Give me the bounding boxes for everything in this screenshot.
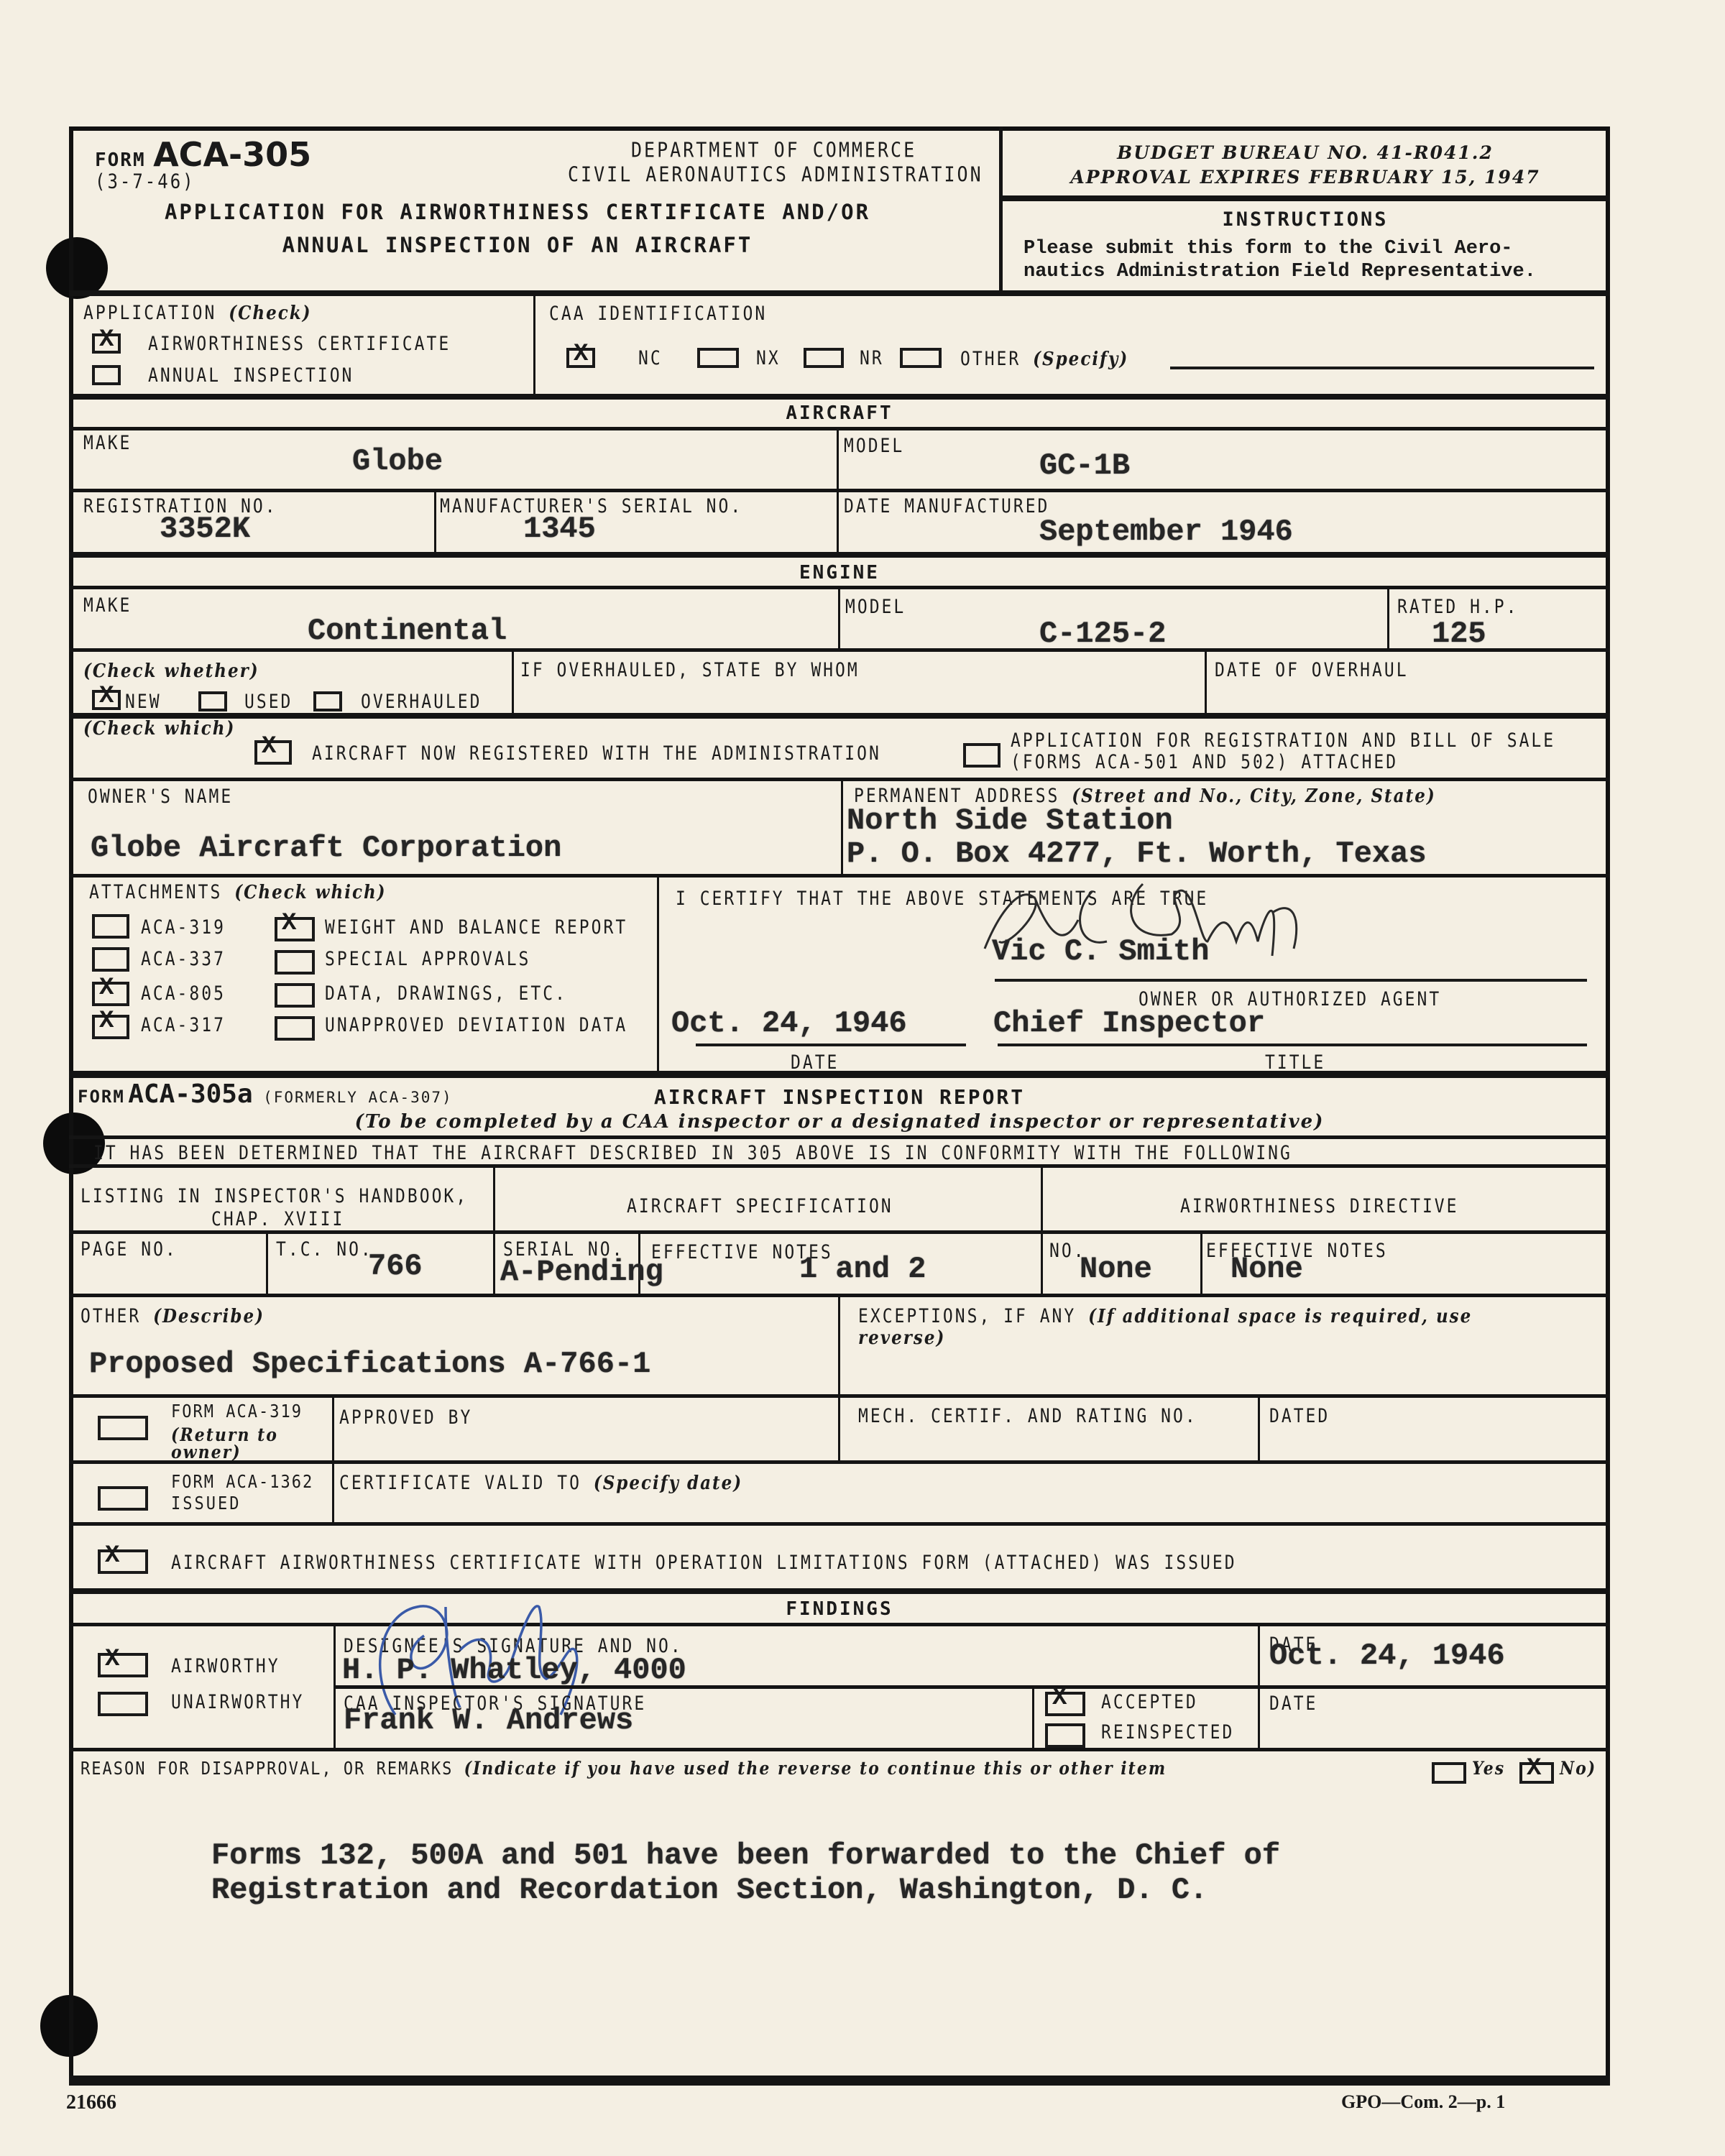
checkbox-aca-317[interactable] [92, 1015, 129, 1039]
divider [69, 1522, 1610, 1526]
checkbox-engine-overhauled[interactable] [313, 691, 342, 711]
form-title-line2: ANNUAL INSPECTION OF AN AIRCRAFT [115, 233, 920, 257]
title-line [998, 1044, 1587, 1046]
checkbox-nc[interactable] [566, 348, 595, 368]
caa-inspector-value: Frank W. Andrews [344, 1703, 633, 1738]
check-which-label: (Check which) [83, 717, 235, 740]
caa-identification-label: CAA IDENTIFICATION [549, 303, 767, 325]
budget-bureau-box: BUDGET BUREAU NO. 41-R041.2 APPROVAL EXP… [1003, 141, 1607, 190]
check-whether-label: (Check whether) [83, 660, 259, 682]
attachment-aca-805: ACA-805 [141, 983, 226, 1005]
owner-name-label: OWNER'S NAME [88, 786, 233, 808]
divider [838, 1396, 840, 1462]
overhaul-date-field[interactable] [1215, 683, 1603, 711]
form-aca-1362-line2: ISSUED [171, 1493, 241, 1514]
divider [69, 552, 1610, 558]
checkbox-data-drawings[interactable] [275, 983, 315, 1008]
divider [69, 1623, 1610, 1626]
divider [533, 293, 535, 396]
checkbox-reinspected[interactable] [1045, 1723, 1085, 1748]
engine-model-value: C-125-2 [1039, 617, 1166, 651]
divider [333, 1685, 1610, 1689]
approved-by-label: APPROVED BY [339, 1407, 472, 1429]
form-title-line1: APPLICATION FOR AIRWORTHINESS CERTIFICAT… [115, 200, 920, 224]
address-line1: North Side Station [847, 803, 1173, 838]
divider [1387, 588, 1389, 650]
address-line2: P. O. Box 4277, Ft. Worth, Texas [847, 837, 1427, 871]
administration: CIVIL AERONAUTICS ADMINISTRATION [568, 162, 983, 186]
attachment-aca-337: ACA-337 [141, 949, 226, 970]
attachment-data-drawings: DATA, DRAWINGS, ETC. [325, 983, 567, 1005]
registration-value: 3352K [160, 512, 250, 546]
footer-left-code: 21666 [66, 2091, 116, 2114]
page-no-field[interactable] [80, 1259, 260, 1291]
checkbox-remarks-no[interactable] [1519, 1762, 1554, 1784]
aircraft-model-value: GC-1B [1039, 448, 1130, 483]
aircraft-make-label: MAKE [83, 433, 132, 454]
checkbox-unapproved-deviation[interactable] [275, 1016, 315, 1041]
serial-value: 1345 [523, 512, 596, 546]
divider [69, 1164, 1610, 1168]
checkbox-accepted[interactable] [1045, 1692, 1085, 1716]
divider [69, 394, 1610, 400]
attachment-aca-317: ACA-317 [141, 1015, 226, 1036]
findings-date2-label: DATE [1269, 1693, 1317, 1715]
checkbox-aca-319[interactable] [92, 914, 129, 939]
checkbox-airworthiness-certificate[interactable] [92, 333, 121, 354]
conformity-statement: IT HAS BEEN DETERMINED THAT THE AIRCRAFT… [93, 1143, 1292, 1164]
rated-hp-value: 125 [1432, 617, 1486, 651]
overhaul-date-label: DATE OF OVERHAUL [1215, 660, 1409, 681]
application-label: APPLICATION (Check) [83, 302, 312, 324]
exceptions-label: EXCEPTIONS, IF ANY (If additional space … [858, 1305, 1472, 1327]
spec-serial-value: A-Pending [500, 1255, 663, 1289]
divider [69, 1588, 1610, 1594]
option-new: NEW [125, 691, 162, 713]
divider [69, 1071, 1610, 1078]
divider [69, 427, 1610, 430]
engine-make-value: Continental [308, 614, 507, 648]
certificate-valid-label: CERTIFICATE VALID TO (Specify date) [339, 1472, 742, 1494]
form-prefix: FORM [95, 149, 146, 171]
divider [838, 588, 840, 650]
checkbox-form-aca-319[interactable] [98, 1416, 148, 1440]
budget-bureau-number: BUDGET BUREAU NO. 41-R041.2 [1003, 141, 1607, 165]
form-aca-319-line1: FORM ACA-319 [171, 1401, 303, 1422]
ad-no-value: None [1080, 1252, 1152, 1286]
option-aircraft-registered: AIRCRAFT NOW REGISTERED WITH THE ADMINIS… [312, 743, 881, 765]
divider [1258, 1396, 1260, 1462]
airworthiness-directive-label: AIRWORTHINESS DIRECTIVE [1180, 1196, 1459, 1217]
unairworthy-label: UNAIRWORTHY [171, 1692, 304, 1713]
remarks-text-line2: Registration and Recordation Section, Wa… [211, 1873, 1207, 1907]
attachment-aca-319: ACA-319 [141, 917, 226, 939]
other-describe-value: Proposed Specifications A-766-1 [89, 1347, 650, 1381]
checkbox-certificate-issued[interactable] [98, 1549, 148, 1574]
certification-date: Oct. 24, 1946 [671, 1006, 907, 1041]
divider [69, 874, 1610, 877]
divider [69, 648, 1610, 652]
signer-line [995, 979, 1587, 982]
checkbox-remarks-yes[interactable] [1432, 1762, 1466, 1784]
checkbox-engine-new[interactable] [92, 690, 121, 710]
approval-expires: APPROVAL EXPIRES FEBRUARY 15, 1947 [1003, 165, 1607, 190]
rated-hp-label: RATED H.P. [1397, 596, 1518, 618]
form-id: FORM ACA-305 [95, 135, 311, 174]
divider [838, 1296, 840, 1396]
remarks-text-line1: Forms 132, 500A and 501 have been forwar… [211, 1838, 1280, 1873]
certify-statement: I CERTIFY THAT THE ABOVE STATEMENTS ARE … [676, 888, 1208, 910]
divider [69, 1135, 1610, 1139]
divider [69, 1230, 1610, 1234]
checkbox-airworthy[interactable] [98, 1653, 148, 1677]
exceptions-hint-line2: reverse) [858, 1327, 945, 1349]
option-nx: NX [756, 348, 781, 369]
divider [69, 713, 1610, 719]
engine-model-label: MODEL [845, 596, 906, 618]
checkbox-registration-application[interactable] [963, 743, 1000, 768]
option-other: OTHER (Specify) [960, 348, 1128, 370]
checkbox-unairworthy[interactable] [98, 1692, 148, 1716]
overhauled-by-field[interactable] [520, 683, 1196, 711]
option-overhauled: OVERHAULED [361, 691, 482, 713]
divider [69, 2076, 1610, 2086]
divider [434, 491, 436, 554]
checkbox-special-approvals[interactable] [275, 950, 315, 975]
footer-right-code: GPO—Com. 2—p. 1 [1341, 2091, 1505, 2113]
divider [999, 195, 1610, 201]
divider [69, 778, 1610, 781]
tc-no-label: T.C. NO. [276, 1239, 373, 1261]
inspection-report-subtitle: (To be completed by a CAA inspector or a… [69, 1111, 1610, 1133]
date-line [696, 1044, 966, 1046]
checkbox-nx[interactable] [697, 348, 739, 368]
designee-signature-value: H. P. Whatley, 4000 [342, 1653, 686, 1687]
spec-notes-value: 1 and 2 [799, 1252, 926, 1286]
divider [69, 1748, 1610, 1751]
signer-name: Vic C. Smith [992, 934, 1209, 969]
checkbox-nr[interactable] [804, 348, 844, 368]
ad-notes-value: None [1230, 1252, 1303, 1286]
form-date: (3-7-46) [95, 170, 195, 193]
attachment-unapproved-deviation: UNAPPROVED DEVIATION DATA [325, 1015, 627, 1036]
aircraft-specification-label: AIRCRAFT SPECIFICATION [627, 1196, 893, 1217]
attachment-special-approvals: SPECIAL APPROVALS [325, 949, 530, 970]
divider [657, 876, 659, 1073]
aircraft-model-label: MODEL [844, 436, 904, 457]
owner-name-value: Globe Aircraft Corporation [91, 831, 561, 865]
checkbox-aca-337[interactable] [92, 947, 129, 972]
checkbox-weight-balance[interactable] [275, 917, 315, 941]
airworthy-label: AIRWORTHY [171, 1656, 280, 1677]
tc-no-value: 766 [368, 1249, 423, 1284]
divider [1205, 650, 1207, 715]
reinspected-label: REINSPECTED [1101, 1722, 1234, 1743]
certificate-issued-label: AIRCRAFT AIRWORTHINESS CERTIFICATE WITH … [171, 1552, 1237, 1574]
attachment-weight-balance: WEIGHT AND BALANCE REPORT [325, 917, 627, 939]
form-number: ACA-305 [153, 135, 311, 174]
instructions-line1: Please submit this form to the Civil Aer… [1023, 237, 1536, 260]
divider [266, 1233, 268, 1296]
divider [1200, 1233, 1202, 1296]
remarks-no-label: No) [1560, 1758, 1596, 1779]
aircraft-make-value: Globe [352, 444, 443, 479]
option-annual-inspection: ANNUAL INSPECTION [148, 365, 354, 387]
divider [69, 1460, 1610, 1464]
engine-section-title: ENGINE [69, 562, 1610, 584]
engine-make-label: MAKE [83, 595, 132, 617]
date-manufactured-value: September 1946 [1039, 515, 1293, 549]
inspection-report-title: AIRCRAFT INSPECTION REPORT [69, 1085, 1610, 1109]
mech-cert-label: MECH. CERTIF. AND RATING NO. [858, 1406, 1197, 1427]
other-specify-field[interactable] [1170, 367, 1594, 369]
remarks-label: REASON FOR DISAPPROVAL, OR REMARKS (Indi… [80, 1758, 1167, 1779]
instructions-title: INSTRUCTIONS [1003, 208, 1607, 231]
findings-date-value: Oct. 24, 1946 [1269, 1639, 1505, 1673]
page-no-label: PAGE NO. [80, 1239, 178, 1261]
checkbox-engine-used[interactable] [198, 691, 227, 711]
checkbox-other[interactable] [900, 348, 942, 368]
remarks-yes-label: Yes [1472, 1758, 1505, 1779]
accepted-label: ACCEPTED [1101, 1692, 1198, 1713]
divider [69, 489, 1610, 492]
overhauled-by-label: IF OVERHAULED, STATE BY WHOM [520, 660, 860, 681]
divider [999, 126, 1003, 293]
option-nc: NC [638, 348, 663, 369]
option-nr: NR [860, 348, 884, 369]
option-airworthiness-certificate: AIRWORTHINESS CERTIFICATE [148, 333, 451, 355]
attachments-label: ATTACHMENTS (Check which) [89, 881, 387, 903]
checkbox-aircraft-registered[interactable] [254, 740, 292, 765]
listing-label-line1: LISTING IN INSPECTOR'S HANDBOOK, [80, 1186, 468, 1207]
form-aca-1362-line1: FORM ACA-1362 [171, 1472, 313, 1493]
date-manufactured-label: DATE MANUFACTURED [844, 496, 1049, 517]
checkbox-form-aca-1362[interactable] [98, 1486, 148, 1511]
certification-title: Chief Inspector [993, 1006, 1265, 1041]
divider [69, 290, 1610, 296]
instructions-line2: nautics Administration Field Representat… [1023, 260, 1536, 283]
divider [512, 650, 514, 715]
option-registration-application-line1: APPLICATION FOR REGISTRATION AND BILL OF… [1011, 730, 1555, 752]
other-describe-label: OTHER (Describe) [80, 1305, 264, 1327]
divider [1032, 1687, 1034, 1750]
listing-label-line2: CHAP. XVIII [211, 1209, 344, 1230]
checkbox-aca-805[interactable] [92, 982, 129, 1006]
instructions-text: Please submit this form to the Civil Aer… [1023, 237, 1536, 283]
aircraft-section-title: AIRCRAFT [69, 402, 1610, 424]
checkbox-annual-inspection[interactable] [92, 365, 121, 385]
dated-label: DATED [1269, 1406, 1330, 1427]
department: DEPARTMENT OF COMMERCE [631, 138, 916, 162]
divider [841, 780, 843, 876]
findings-title: FINDINGS [69, 1598, 1610, 1620]
option-used: USED [244, 691, 293, 713]
option-registration-application-line2: (FORMS ACA-501 AND 502) ATTACHED [1011, 752, 1398, 773]
